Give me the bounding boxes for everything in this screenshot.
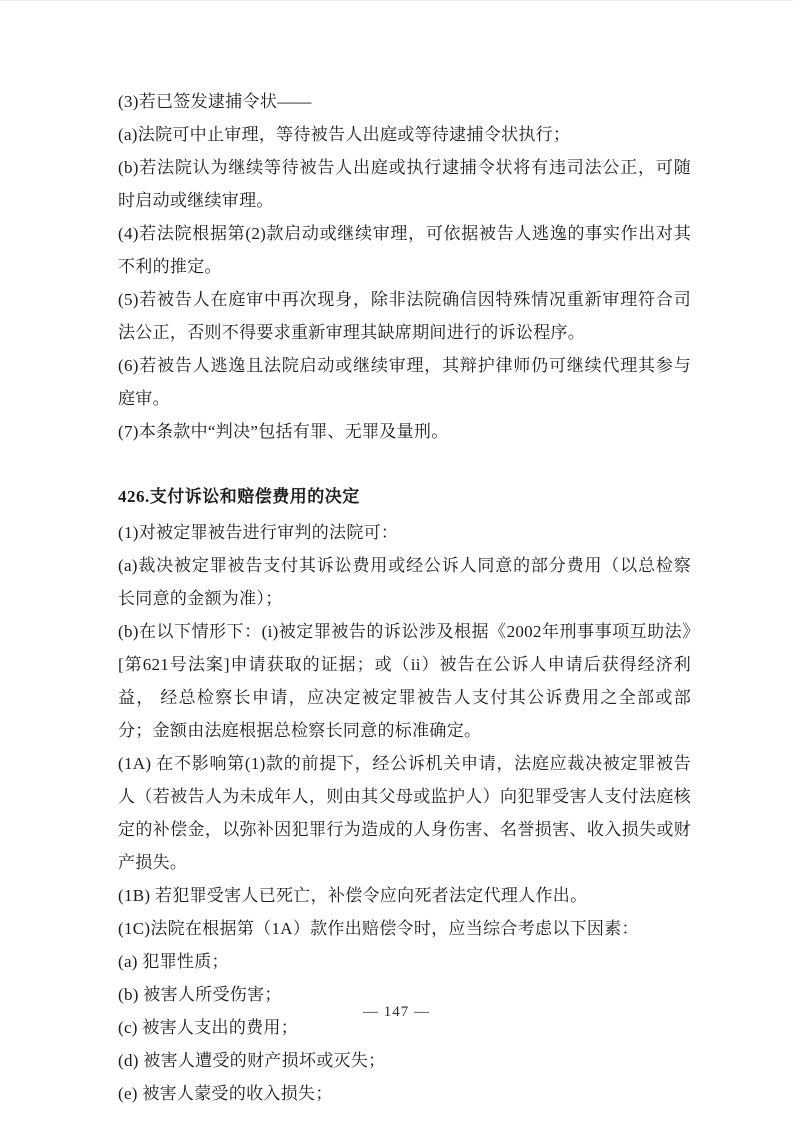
paragraph: (a)法院可中止审理，等待被告人出庭或等待逮捕令状执行； xyxy=(118,118,691,151)
paragraph: (3)若已签发逮捕令状—— xyxy=(118,85,691,118)
paragraph: (1)对被定罪被告进行审判的法院可： xyxy=(118,516,691,549)
section-heading: 426.支付诉讼和赔偿费用的决定 xyxy=(118,480,691,513)
paragraph: (7)本条款中“判决”包括有罪、无罪及量刑。 xyxy=(118,415,691,448)
paragraph: (6)若被告人逃逸且法院启动或继续审理，其辩护律师仍可继续代理其参与庭审。 xyxy=(118,349,691,415)
paragraph: (b)若法院认为继续等待被告人出庭或执行逮捕令状将有违司法公正，可随时启动或继续… xyxy=(118,151,691,217)
paragraph: (a)裁决被定罪被告支付其诉讼费用或经公诉人同意的部分费用（以总检察长同意的金额… xyxy=(118,549,691,615)
paragraph: (1C)法院在根据第（1A）款作出赔偿令时，应当综合考虑以下因素： xyxy=(118,912,691,945)
paragraph: (d) 被害人遭受的财产损坏或灭失； xyxy=(118,1044,691,1077)
paragraph: (e) 被害人蒙受的收入损失； xyxy=(118,1077,691,1110)
paragraph: (1A) 在不影响第(1)款的前提下，经公诉机关申请，法庭应裁决被定罪被告人（若… xyxy=(118,747,691,879)
paragraph: (1B) 若犯罪受害人已死亡，补偿令应向死者法定代理人作出。 xyxy=(118,879,691,912)
paragraph: (b)在以下情形下：(i)被定罪被告的诉讼涉及根据《2002年刑事事项互助法》[… xyxy=(118,615,691,747)
paragraph: (a) 犯罪性质； xyxy=(118,945,691,978)
page-number: — 147 — xyxy=(0,1001,793,1023)
document-content: (3)若已签发逮捕令状——(a)法院可中止审理，等待被告人出庭或等待逮捕令状执行… xyxy=(118,85,691,1110)
paragraph: (4)若法院根据第(2)款启动或继续审理，可依据被告人逃逸的事实作出对其不利的推… xyxy=(118,217,691,283)
document-page: (3)若已签发逮捕令状——(a)法院可中止审理，等待被告人出庭或等待逮捕令状执行… xyxy=(0,0,793,1122)
paragraph: (5)若被告人在庭审中再次现身，除非法院确信因特殊情况重新审理符合司法公正，否则… xyxy=(118,283,691,349)
